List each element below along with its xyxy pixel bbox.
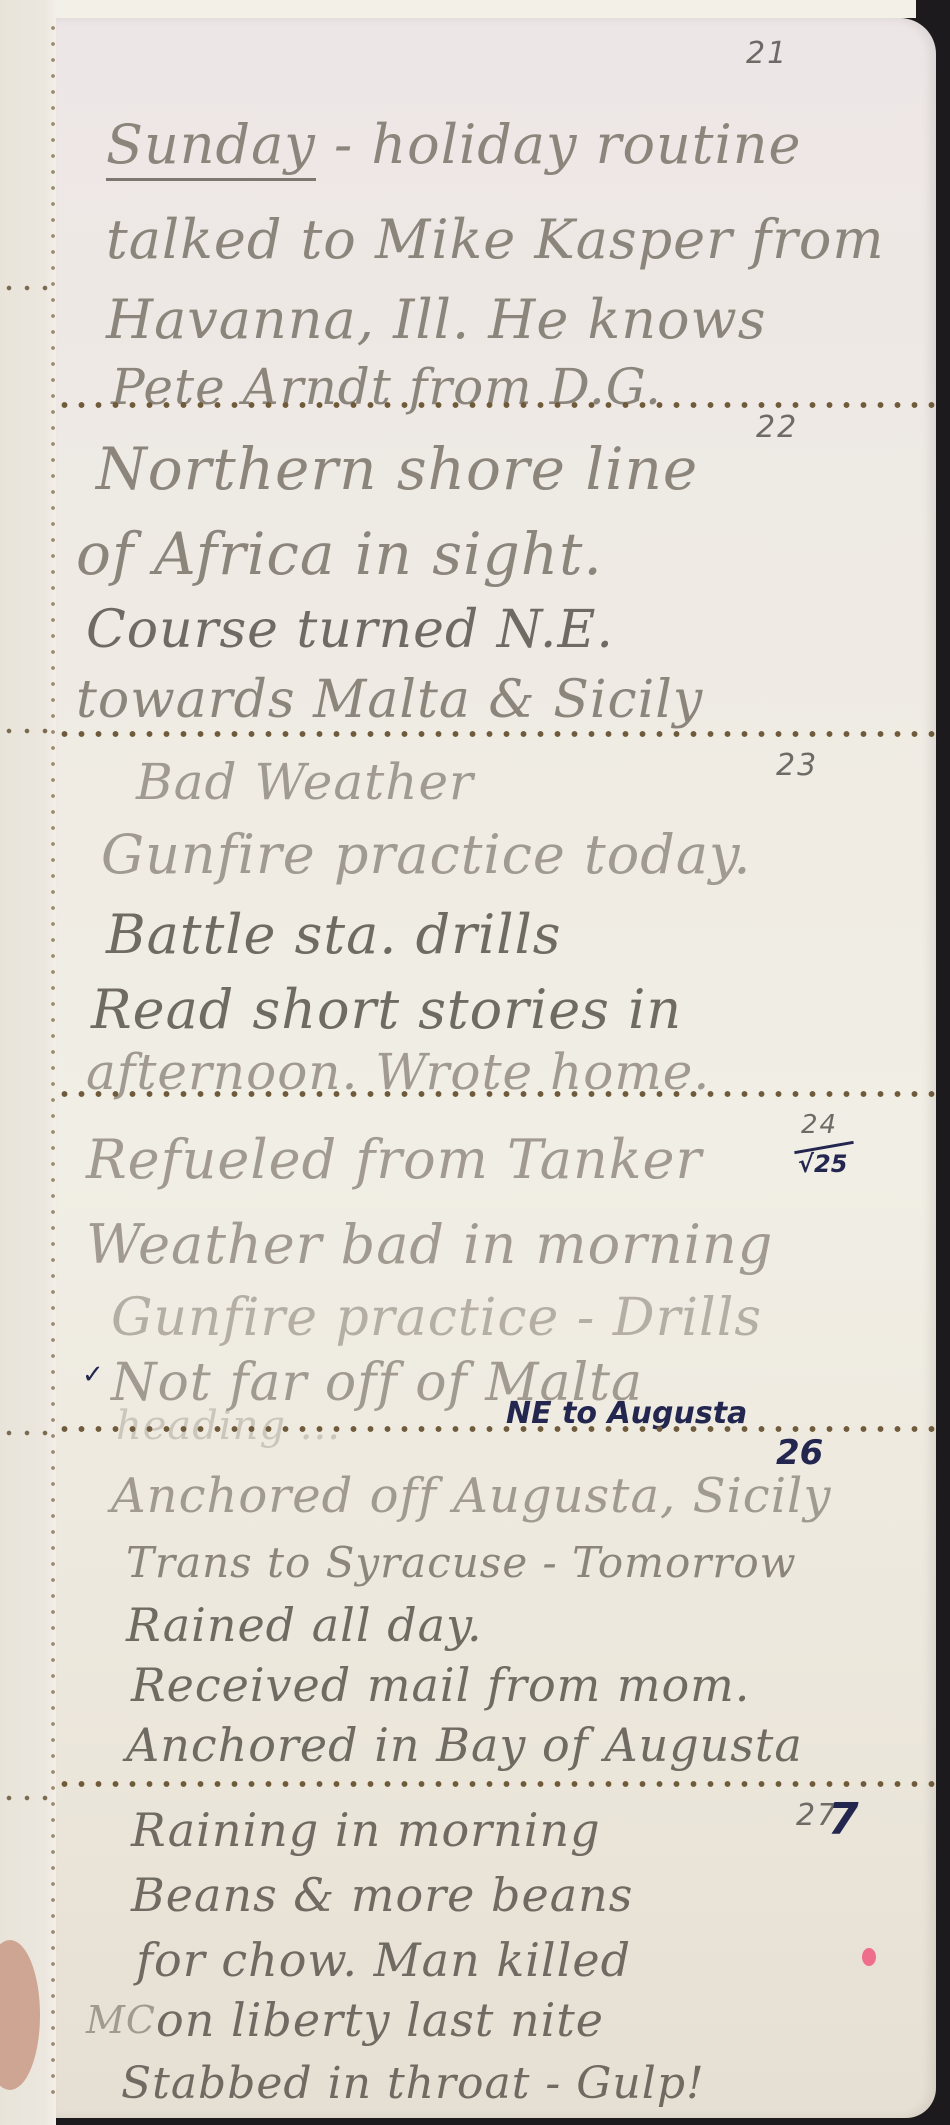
entry-line: Anchored in Bay of Augusta [126,1718,803,1772]
entry-line: Battle sta. drills [106,903,562,966]
entry-line: on liberty last nite [156,1993,604,2047]
entry-line: Beans & more beans [131,1868,633,1922]
perforation-line [56,1090,936,1098]
perforation-line [56,1425,936,1433]
day-number: 24 [801,1110,838,1140]
diary-entry-26: 26 Anchored off Augusta, Sicily Trans to… [56,1433,936,1778]
binding-perforation-mark [0,285,56,291]
entry-line: Course turned N.E. [86,600,614,660]
entry-line: talked to Mike Kasper from [106,208,885,271]
entry-line: of Africa in sight. [76,520,603,588]
entry-line: Anchored off Augusta, Sicily [111,1468,832,1524]
entry-line: Havanna, Ill. He knows [106,288,766,351]
entry-line: Refueled from Tanker [86,1128,702,1191]
day-number: 23 [776,748,818,783]
perforation-line [56,1780,936,1788]
diary-entry-24: 24 √25 Refueled from Tanker Weather bad … [56,1098,936,1428]
binding-perforation-mark [0,1795,56,1801]
diary-entry-22: 22 Northern shore line of Africa in sigh… [56,410,936,740]
diary-page: 21 Sunday - holiday routine talked to Mi… [56,18,936,2118]
margin-initials: MC [86,1998,156,2042]
check-mark: ✓ [82,1360,104,1390]
entry-line: Bad Weather [136,753,474,811]
entry-line: Weather bad in morning [86,1213,773,1276]
diary-entry-23: 23 Bad Weather Gunfire practice today. B… [56,738,936,1093]
entry-line-rest: - holiday routine [316,113,802,176]
day-number: 26 [776,1433,823,1473]
binding-perforation-mark [0,728,56,734]
day-correction: 7 [828,1794,859,1845]
entry-line: Read short stories in [91,978,682,1041]
day-annotation: √25 [798,1150,847,1178]
binding-perforation-mark [0,1430,56,1436]
entry-line: Sunday - holiday routine [106,113,801,176]
pink-ink-mark [862,1948,876,1966]
entry-line: Northern shore line [96,435,698,503]
entry-line: Received mail from mom. [131,1658,750,1712]
page-top-edge [56,0,916,18]
entry-line: Raining in morning [131,1803,601,1857]
day-number: 22 [756,410,798,445]
perforation-line [56,401,936,409]
notebook-binding-strip [0,0,56,2125]
perforation-line [56,730,936,738]
entry-line: Stabbed in throat - Gulp! [121,2058,705,2109]
day-number: 21 [746,36,788,71]
entry-line: for chow. Man killed [136,1933,631,1987]
entry-line: towards Malta & Sicily [76,670,703,730]
diary-entry-27: 27 7 Raining in morning Beans & more bea… [56,1788,936,2118]
entry-line: Rained all day. [126,1598,483,1652]
diary-entry-21: 21 Sunday - holiday routine talked to Mi… [56,18,936,401]
entry-line: Gunfire practice - Drills [111,1288,762,1348]
entry-line: Trans to Syracuse - Tomorrow [126,1538,797,1587]
entry-line: Gunfire practice today. [101,823,752,886]
underlined-word: Sunday [106,113,316,181]
